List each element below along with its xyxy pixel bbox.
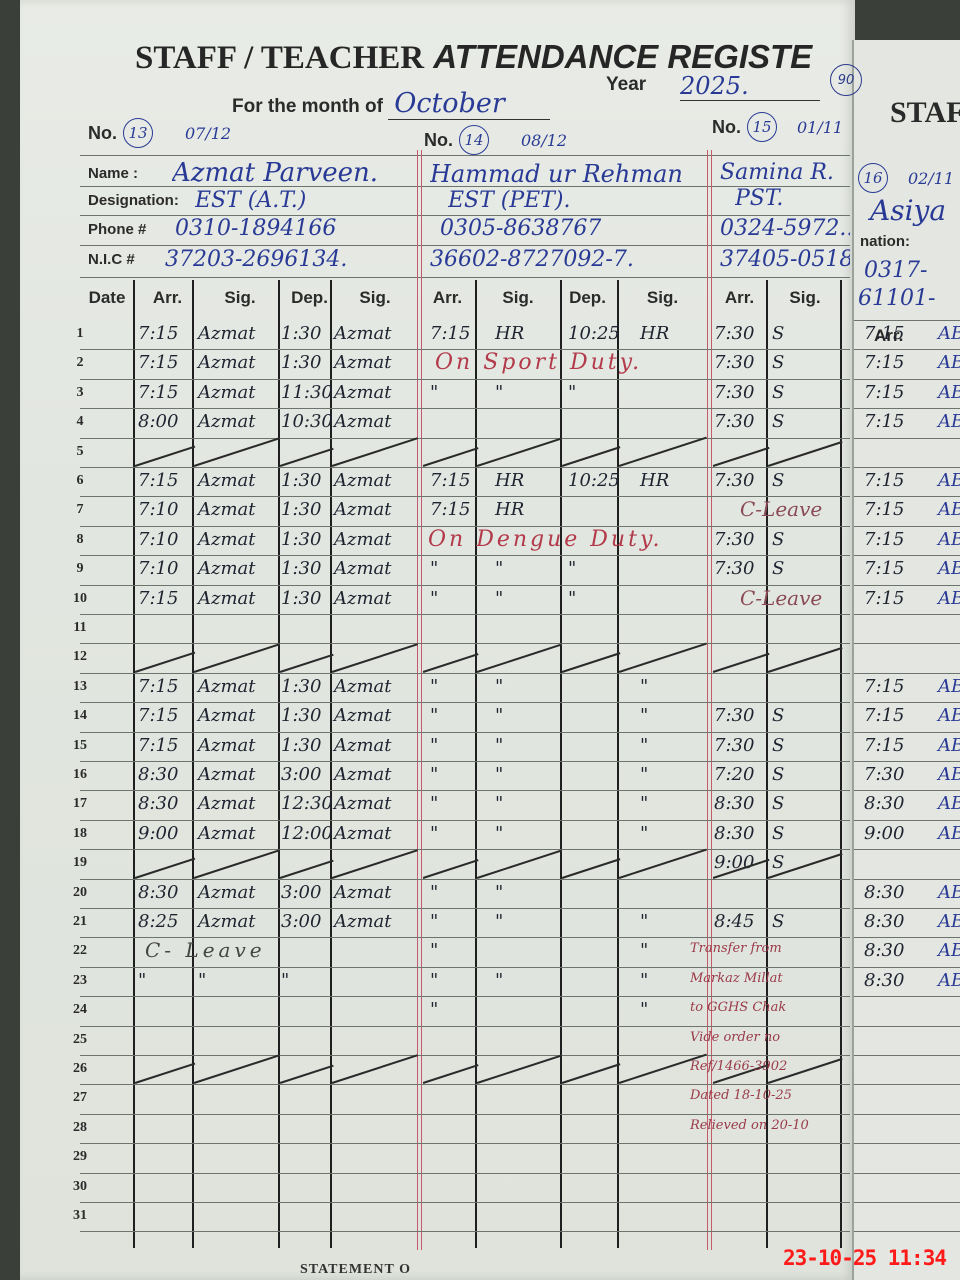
staff1-signature-out: Azmat [334,764,392,785]
staff1-nic: 37203-2696134. [165,247,347,272]
row-divider [80,614,850,615]
staff1-signature-out: Azmat [334,558,392,579]
staff2-arrival: " [430,382,438,403]
staff2-arrival: " [430,735,438,756]
staff1-designation: EST (A.T.) [195,188,306,213]
date-number: 10 [60,591,100,607]
grid-line [475,280,477,1248]
date-number: 5 [60,444,100,460]
staff1-arrival: 7:15 [138,735,178,756]
staff4-signature: AB [938,529,960,550]
col-sig-1: Sig. [200,288,280,308]
staff2-arrival: " [430,911,438,932]
row-divider [80,1026,850,1027]
row-divider [854,996,960,997]
statement-footer: STATEMENT O [300,1262,411,1278]
row-divider [854,1202,960,1203]
date-number: 30 [60,1179,100,1195]
staff2-signature: " [495,735,503,756]
staff1-signature-out: Azmat [334,588,392,609]
row-divider [80,1143,850,1144]
staff4-arrival: 8:30 [864,940,904,961]
date-number: 1 [60,326,100,342]
transfer-note: Transfer from [690,941,840,956]
row-divider [854,1173,960,1174]
date-number: 25 [60,1032,100,1048]
row-divider [80,555,850,556]
staff1-signature-out: Azmat [334,676,392,697]
staff1-arrival: 7:15 [138,470,178,491]
staff2-signature: " [495,382,503,403]
c-leave-note: C- Leave [145,938,266,962]
c-leave-note: C-Leave [740,586,822,610]
staff4-arrival: 8:30 [864,793,904,814]
staff3-arrival: 7:30 [714,529,754,550]
designation-label: Designation: [88,192,179,209]
photo-timestamp: 23-10-25 11:34 [783,1246,946,1270]
row-divider [854,761,960,762]
date-number: 2 [60,355,100,371]
transfer-note: to GGHS Chak [690,1000,840,1015]
staff2-arrival: 7:15 [430,470,470,491]
staff4-arrival: 9:00 [864,823,904,844]
staff3-signature: S [772,382,784,403]
staff1-departure: 3:00 [281,882,321,903]
date-number: 19 [60,855,100,871]
staff1-arrival: 7:15 [138,352,178,373]
dengue-duty-note: On Dengue Duty. [428,527,662,552]
row-divider [80,467,850,468]
staff4-arrival: 7:15 [864,558,904,579]
staff3-signature: S [772,852,784,873]
staff1-arrival: " [138,970,146,991]
staff2-phone: 0305-8638767 [440,216,601,241]
name-label: Name : [88,165,138,182]
staff1-departure: 1:30 [281,558,321,579]
staff4-arrival: 8:30 [864,882,904,903]
staff1-signature-out: Azmat [334,705,392,726]
staff4-arrival: 8:30 [864,970,904,991]
staff1-arrival: 7:10 [138,558,178,579]
transfer-note: Vide order no [690,1030,840,1045]
staff1-arrival: 8:00 [138,411,178,432]
row-divider [80,1202,850,1203]
staff3-signature: S [772,705,784,726]
row-divider [80,702,850,703]
right-designation-label: nation: [860,233,910,250]
staff3-signature: S [772,793,784,814]
staff1-departure: 1:30 [281,735,321,756]
row-divider [80,496,850,497]
staff3-designation: PST. [735,186,845,211]
row-divider [854,526,960,527]
transfer-note: Ref/1466-3902 [690,1059,840,1074]
right-staff-name: Asiya [870,194,946,227]
staff2-signature: " [495,558,503,579]
date-number: 20 [60,885,100,901]
staff1-arrival: 8:30 [138,793,178,814]
staff2-signature: " [495,823,503,844]
staff2-signature: " [495,793,503,814]
row-divider [854,732,960,733]
staff1-signature-out: Azmat [334,470,392,491]
date-number: 22 [60,943,100,959]
staff1-signature: Azmat [198,411,256,432]
staff1-signature: Azmat [198,764,256,785]
staff1-signature: Azmat [198,529,256,550]
staff2-arrival: " [430,558,438,579]
staff4-arrival: 7:15 [864,323,904,344]
staff4-signature: AB [938,470,960,491]
date-number: 9 [60,561,100,577]
date-number: 26 [60,1061,100,1077]
staff2-signature: " [495,676,503,697]
grid-line [840,280,842,1248]
staff1-signature-out: Azmat [334,882,392,903]
staff-number-13: No. 13 07/12 [88,118,231,148]
staff1-signature: Azmat [198,823,256,844]
staff1-arrival: 7:10 [138,529,178,550]
row-divider [854,614,960,615]
staff3-name: Samina R. [720,160,850,185]
staff2-signature: HR [495,470,524,491]
staff1-name: Azmat Parveen. [172,158,378,188]
staff2-signature: " [495,764,503,785]
staff1-arrival: 7:15 [138,382,178,403]
row-divider [854,643,960,644]
staff4-arrival: 7:15 [864,735,904,756]
staff4-signature: AB [938,970,960,991]
date-number: 12 [60,649,100,665]
staff4-signature: AB [938,735,960,756]
staff3-arrival: 7:30 [714,558,754,579]
grid-line [192,280,194,1248]
staff1-arrival: 7:15 [138,705,178,726]
staff2-arrival: " [430,793,438,814]
col-sig-2: Sig. [478,288,558,308]
staff4-arrival: 7:15 [864,529,904,550]
date-number: 16 [60,767,100,783]
staff2-signature: HR [495,499,524,520]
staff2-arrival: " [430,882,438,903]
staff4-signature: AB [938,323,960,344]
staff3-arrival: 8:30 [714,793,754,814]
staff1-arrival: 7:15 [138,676,178,697]
staff1-departure: 1:30 [281,705,321,726]
col-dep-1: Dep. [282,288,337,308]
date-number: 24 [60,1002,100,1018]
staff3-arrival: 7:30 [714,352,754,373]
grid-line [278,280,280,1248]
staff2-departure: " [568,382,576,403]
staff2-signature-out: " [640,823,648,844]
staff2-signature-out: " [640,705,648,726]
staff3-signature: S [772,529,784,550]
staff4-signature: AB [938,882,960,903]
date-number: 4 [60,414,100,430]
date-number: 29 [60,1149,100,1165]
staff1-signature: " [198,970,206,991]
row-divider [80,790,850,791]
row-divider [80,908,850,909]
row-divider [854,555,960,556]
row-divider [854,1084,960,1085]
row-divider [80,438,850,439]
date-number: 8 [60,532,100,548]
col-sig-3: Sig. [770,288,840,308]
row-divider [80,1114,850,1115]
staff2-designation: EST (PET). [448,188,571,213]
staff1-signature: Azmat [198,352,256,373]
date-number: 14 [60,708,100,724]
staff1-arrival: 7:15 [138,588,178,609]
month-field: For the month of October [232,88,550,120]
staff1-arrival: 8:25 [138,911,178,932]
staff1-departure: 1:30 [281,676,321,697]
staff1-departure: 10:30 [281,411,333,432]
staff2-arrival: " [430,940,438,961]
staff1-departure: 12:00 [281,823,333,844]
staff-number-15: No. 15 01/11 [712,112,843,142]
staff2-arrival: " [430,676,438,697]
row-divider [80,1231,850,1232]
staff1-signature-out: Azmat [334,911,392,932]
staff2-signature-out: " [640,911,648,932]
row-divider [854,1114,960,1115]
staff4-signature: AB [938,352,960,373]
row-divider [854,908,960,909]
date-number: 11 [60,620,100,636]
staff2-arrival: 7:15 [430,323,470,344]
staff3-nic: 37405-0518.. [720,247,850,272]
staff4-signature: AB [938,382,960,403]
sport-duty-note: On Sport Duty. [435,350,642,375]
row-divider [854,1026,960,1027]
row-divider [854,1143,960,1144]
staff1-signature-out: Azmat [334,352,392,373]
month-value: October [388,88,550,120]
staff3-signature: S [772,411,784,432]
staff4-arrival: 8:30 [864,911,904,932]
staff1-phone: 0310-1894166 [175,216,336,241]
staff2-signature-out: HR [640,470,669,491]
staff3-signature: S [772,323,784,344]
staff2-signature-out: " [640,735,648,756]
staff2-arrival: " [430,999,438,1020]
staff1-signature: Azmat [198,705,256,726]
staff4-signature: AB [938,558,960,579]
row-divider [854,320,960,321]
staff4-arrival: 7:15 [864,352,904,373]
date-number: 15 [60,738,100,754]
col-date: Date [82,288,132,308]
row-divider [80,849,850,850]
row-divider [854,349,960,350]
grid-line [617,280,619,1248]
staff4-arrival: 7:15 [864,676,904,697]
staff4-signature: AB [938,411,960,432]
staff1-signature: Azmat [198,882,256,903]
staff1-departure: 3:00 [281,911,321,932]
staff2-signature-out: " [640,940,648,961]
staff4-signature: AB [938,823,960,844]
col-dep-2: Dep. [560,288,615,308]
staff1-signature: Azmat [198,470,256,491]
row-divider [80,379,850,380]
staff1-signature: Azmat [198,735,256,756]
divider [80,277,850,278]
register-page-right: STAF Asiya nation: 0317- 61101- Arr. 7:1… [852,40,960,1280]
staff3-signature: S [772,352,784,373]
staff2-signature: " [495,705,503,726]
staff1-arrival: 8:30 [138,882,178,903]
staff2-departure: " [568,588,576,609]
staff1-signature-out: Azmat [334,823,392,844]
staff1-signature: Azmat [198,793,256,814]
staff2-signature-out: HR [640,323,669,344]
phone-label: Phone # [88,221,146,238]
date-number: 7 [60,502,100,518]
date-number: 27 [60,1090,100,1106]
row-divider [854,1231,960,1232]
staff1-departure: 11:30 [281,382,333,403]
date-number: 13 [60,679,100,695]
staff2-arrival: 7:15 [430,499,470,520]
staff1-departure: 1:30 [281,499,321,520]
row-divider [854,879,960,880]
col-sig2-2: Sig. [620,288,705,308]
staff1-signature: Azmat [198,588,256,609]
staff4-signature: AB [938,499,960,520]
staff2-name: Hammad ur Rehman [430,160,715,188]
staff2-signature: HR [495,323,524,344]
row-divider [80,1084,850,1085]
staff-number-16: 16 02/11 [858,163,954,193]
row-divider [854,967,960,968]
staff1-signature-out: Azmat [334,323,392,344]
grid-line [133,280,135,1248]
row-divider [854,496,960,497]
transfer-note: Markaz Millat [690,971,840,986]
staff1-arrival: 7:10 [138,499,178,520]
row-divider [854,673,960,674]
date-number: 18 [60,826,100,842]
staff4-arrival: 7:30 [864,764,904,785]
date-number: 3 [60,385,100,401]
grid-line [560,280,562,1248]
row-divider [854,438,960,439]
row-divider [80,820,850,821]
row-divider [80,408,850,409]
staff2-arrival: " [430,705,438,726]
staff3-arrival: 8:45 [714,911,754,932]
staff3-phone: 0324-5972.. [720,216,850,241]
staff3-signature: S [772,911,784,932]
staff3-arrival: 7:30 [714,735,754,756]
date-number: 6 [60,473,100,489]
staff1-signature-out: Azmat [334,382,392,403]
staff-number-14: No. 14 08/12 [424,125,567,155]
row-divider [854,585,960,586]
staff2-signature: " [495,911,503,932]
staff1-departure: 1:30 [281,529,321,550]
row-divider [854,408,960,409]
staff3-arrival: 7:30 [714,411,754,432]
row-divider [854,1055,960,1056]
row-divider [854,379,960,380]
row-divider [80,879,850,880]
staff3-signature: S [772,558,784,579]
staff3-arrival: 7:30 [714,705,754,726]
staff3-arrival: 7:20 [714,764,754,785]
nic-label: N.I.C # [88,251,135,268]
staff1-departure: 12:30 [281,793,333,814]
date-number: 21 [60,914,100,930]
staff2-signature-out: " [640,676,648,697]
staff1-signature: Azmat [198,382,256,403]
row-divider [854,702,960,703]
staff4-arrival: 7:15 [864,411,904,432]
staff2-nic: 36602-8727092-7. [430,247,715,272]
date-number: 23 [60,973,100,989]
staff1-departure: 1:30 [281,352,321,373]
col-arr-2: Arr. [420,288,475,308]
staff1-departure: 3:00 [281,764,321,785]
right-page-title: STAF [890,96,960,130]
page-number-badge: 90 [830,64,862,96]
staff2-arrival: " [430,970,438,991]
row-divider [80,996,850,997]
staff1-signature: Azmat [198,499,256,520]
staff2-signature-out: " [640,764,648,785]
staff2-signature: " [495,970,503,991]
row-divider [80,1173,850,1174]
staff2-signature: " [495,588,503,609]
row-divider [80,761,850,762]
col-arr-3: Arr. [712,288,767,308]
staff4-signature: AB [938,940,960,961]
staff3-signature: S [772,735,784,756]
staff2-arrival: " [430,823,438,844]
staff2-departure: 10:25 [568,323,620,344]
row-divider [80,967,850,968]
staff4-signature: AB [938,588,960,609]
staff2-departure: 10:25 [568,470,620,491]
staff2-signature-out: " [640,793,648,814]
staff1-arrival: 8:30 [138,764,178,785]
staff3-arrival: 7:30 [714,470,754,491]
staff4-signature: AB [938,705,960,726]
staff1-signature-out: Azmat [334,735,392,756]
staff3-signature: S [772,823,784,844]
staff1-signature: Azmat [198,911,256,932]
staff4-signature: AB [938,676,960,697]
row-divider [854,937,960,938]
staff4-signature: AB [938,911,960,932]
staff1-departure: 1:30 [281,470,321,491]
staff3-arrival: 7:30 [714,323,754,344]
staff4-arrival: 7:15 [864,470,904,491]
staff2-signature: " [495,882,503,903]
row-divider [854,790,960,791]
year-label: Year [606,74,646,96]
col-sig2-1: Sig. [335,288,415,308]
divider [80,155,850,156]
staff2-departure: " [568,558,576,579]
row-divider [80,585,850,586]
transfer-note: Dated 18-10-25 [690,1088,840,1103]
staff1-signature: Azmat [198,558,256,579]
